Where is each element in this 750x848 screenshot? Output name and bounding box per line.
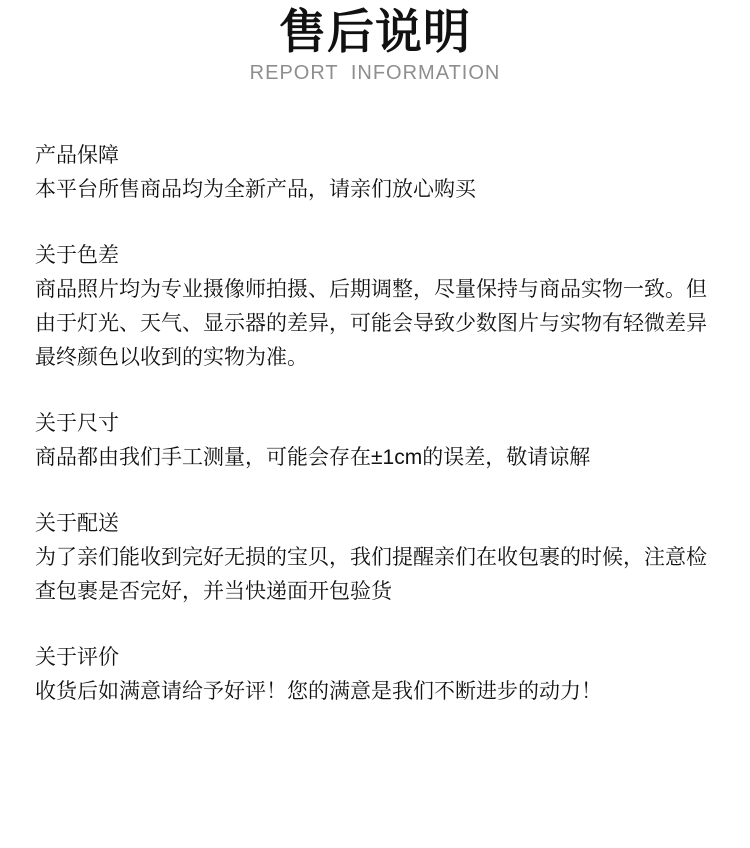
sections-container: 产品保障 本平台所售商品均为全新产品，请亲们放心购买 关于色差 商品照片均为专业… <box>0 139 750 709</box>
section-body-line: 由于灯光、天气、显示器的差异，可能会导致少数图片与实物有轻微差异 <box>35 307 735 341</box>
after-sales-info-page: 售后说明 REPORT INFORMATION 产品保障 本平台所售商品均为全新… <box>0 0 750 848</box>
section-color-difference: 关于色差 商品照片均为专业摄像师拍摄、后期调整，尽量保持与商品实物一致。但 由于… <box>35 239 735 375</box>
section-body-line: 商品照片均为专业摄像师拍摄、后期调整，尽量保持与商品实物一致。但 <box>35 273 735 307</box>
section-body-line: 最终颜色以收到的实物为准。 <box>35 341 735 375</box>
section-heading: 关于尺寸 <box>35 407 735 441</box>
section-body-line: 商品都由我们手工测量，可能会存在±1cm的误差，敬请谅解 <box>35 441 735 475</box>
section-heading: 关于配送 <box>35 507 735 541</box>
section-body-line: 查包裹是否完好，并当快递面开包验货 <box>35 575 735 609</box>
section-product-guarantee: 产品保障 本平台所售商品均为全新产品，请亲们放心购买 <box>35 139 735 207</box>
section-heading: 关于评价 <box>35 641 735 675</box>
section-size: 关于尺寸 商品都由我们手工测量，可能会存在±1cm的误差，敬请谅解 <box>35 407 735 475</box>
section-heading: 关于色差 <box>35 239 735 273</box>
page-header: 售后说明 REPORT INFORMATION <box>0 0 750 85</box>
section-body-line: 收货后如满意请给予好评！您的满意是我们不断进步的动力！ <box>35 675 735 709</box>
page-subtitle: REPORT INFORMATION <box>0 61 750 85</box>
section-body-line: 为了亲们能收到完好无损的宝贝，我们提醒亲们在收包裹的时候，注意检 <box>35 541 735 575</box>
page-title: 售后说明 <box>0 6 750 58</box>
section-body-line: 本平台所售商品均为全新产品，请亲们放心购买 <box>35 173 735 207</box>
section-delivery: 关于配送 为了亲们能收到完好无损的宝贝，我们提醒亲们在收包裹的时候，注意检 查包… <box>35 507 735 609</box>
section-review: 关于评价 收货后如满意请给予好评！您的满意是我们不断进步的动力！ <box>35 641 735 709</box>
section-heading: 产品保障 <box>35 139 735 173</box>
